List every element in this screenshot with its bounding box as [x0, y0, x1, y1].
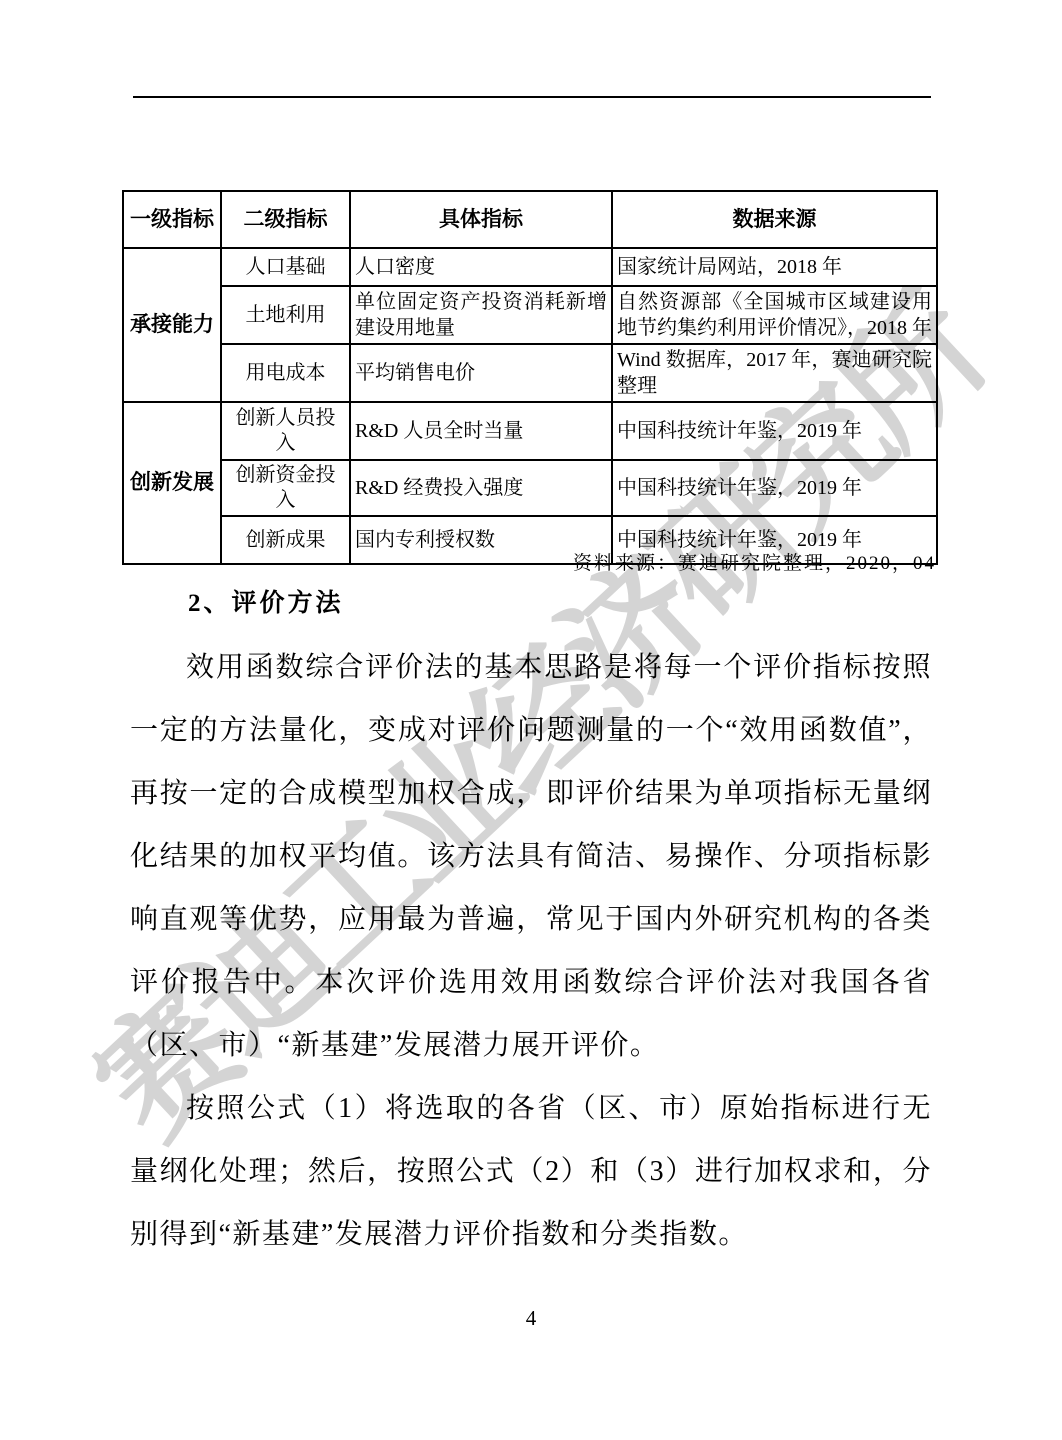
col-header-data-source: 数据来源 — [612, 191, 937, 248]
col-header-secondary-indicator: 二级指标 — [221, 191, 350, 248]
cell-data-source: 中国科技统计年鉴，2019 年 — [612, 402, 937, 460]
cell-primary-indicator: 创新发展 — [123, 402, 221, 564]
cell-secondary-indicator: 人口基础 — [221, 248, 350, 286]
cell-data-source: 中国科技统计年鉴，2019 年 — [612, 460, 937, 516]
section-heading: 2、评价方法 — [188, 583, 344, 619]
col-header-primary-indicator: 一级指标 — [123, 191, 221, 248]
cell-secondary-indicator: 土地利用 — [221, 286, 350, 344]
table-header-row: 一级指标 二级指标 具体指标 数据来源 — [123, 191, 937, 248]
cell-secondary-indicator: 用电成本 — [221, 344, 350, 402]
table-row: 创新发展 创新人员投入 R&D 人员全时当量 中国科技统计年鉴，2019 年 — [123, 402, 937, 460]
cell-data-source: Wind 数据库，2017 年，赛迪研究院整理 — [612, 344, 937, 402]
cell-specific-indicator: 平均销售电价 — [350, 344, 612, 402]
body-paragraph: 效用函数综合评价法的基本思路是将每一个评价指标按照一定的方法量化，变成对评价问题… — [130, 636, 932, 1077]
cell-specific-indicator: 单位固定资产投资消耗新增建设用地量 — [350, 286, 612, 344]
cell-specific-indicator: 人口密度 — [350, 248, 612, 286]
table-row: 土地利用 单位固定资产投资消耗新增建设用地量 自然资源部《全国城市区域建设用地节… — [123, 286, 937, 344]
page-number: 4 — [130, 1306, 932, 1331]
cell-data-source: 国家统计局网站，2018 年 — [612, 248, 937, 286]
cell-data-source: 自然资源部《全国城市区域建设用地节约集约利用评价情况》，2018 年 — [612, 286, 937, 344]
cell-specific-indicator: R&D 经费投入强度 — [350, 460, 612, 516]
table-row: 创新资金投入 R&D 经费投入强度 中国科技统计年鉴，2019 年 — [123, 460, 937, 516]
indicators-table: 一级指标 二级指标 具体指标 数据来源 承接能力 人口基础 人口密度 国家统计局… — [122, 190, 938, 565]
cell-specific-indicator: R&D 人员全时当量 — [350, 402, 612, 460]
col-header-specific-indicator: 具体指标 — [350, 191, 612, 248]
page-header-rule — [133, 96, 931, 98]
cell-primary-indicator: 承接能力 — [123, 248, 221, 402]
body-paragraph: 按照公式（1）将选取的各省（区、市）原始指标进行无量纲化处理；然后，按照公式（2… — [130, 1077, 932, 1266]
page-content: 一级指标 二级指标 具体指标 数据来源 承接能力 人口基础 人口密度 国家统计局… — [0, 0, 1062, 1440]
table-source-note: 资料来源：赛迪研究院整理，2020，04 — [122, 548, 936, 575]
cell-secondary-indicator: 创新资金投入 — [221, 460, 350, 516]
body-text: 效用函数综合评价法的基本思路是将每一个评价指标按照一定的方法量化，变成对评价问题… — [130, 636, 932, 1266]
document-page: { "watermark": { "text": "赛迪工业经济研究所", "c… — [0, 0, 1062, 1440]
table-row: 用电成本 平均销售电价 Wind 数据库，2017 年，赛迪研究院整理 — [123, 344, 937, 402]
cell-secondary-indicator: 创新人员投入 — [221, 402, 350, 460]
table-row: 承接能力 人口基础 人口密度 国家统计局网站，2018 年 — [123, 248, 937, 286]
